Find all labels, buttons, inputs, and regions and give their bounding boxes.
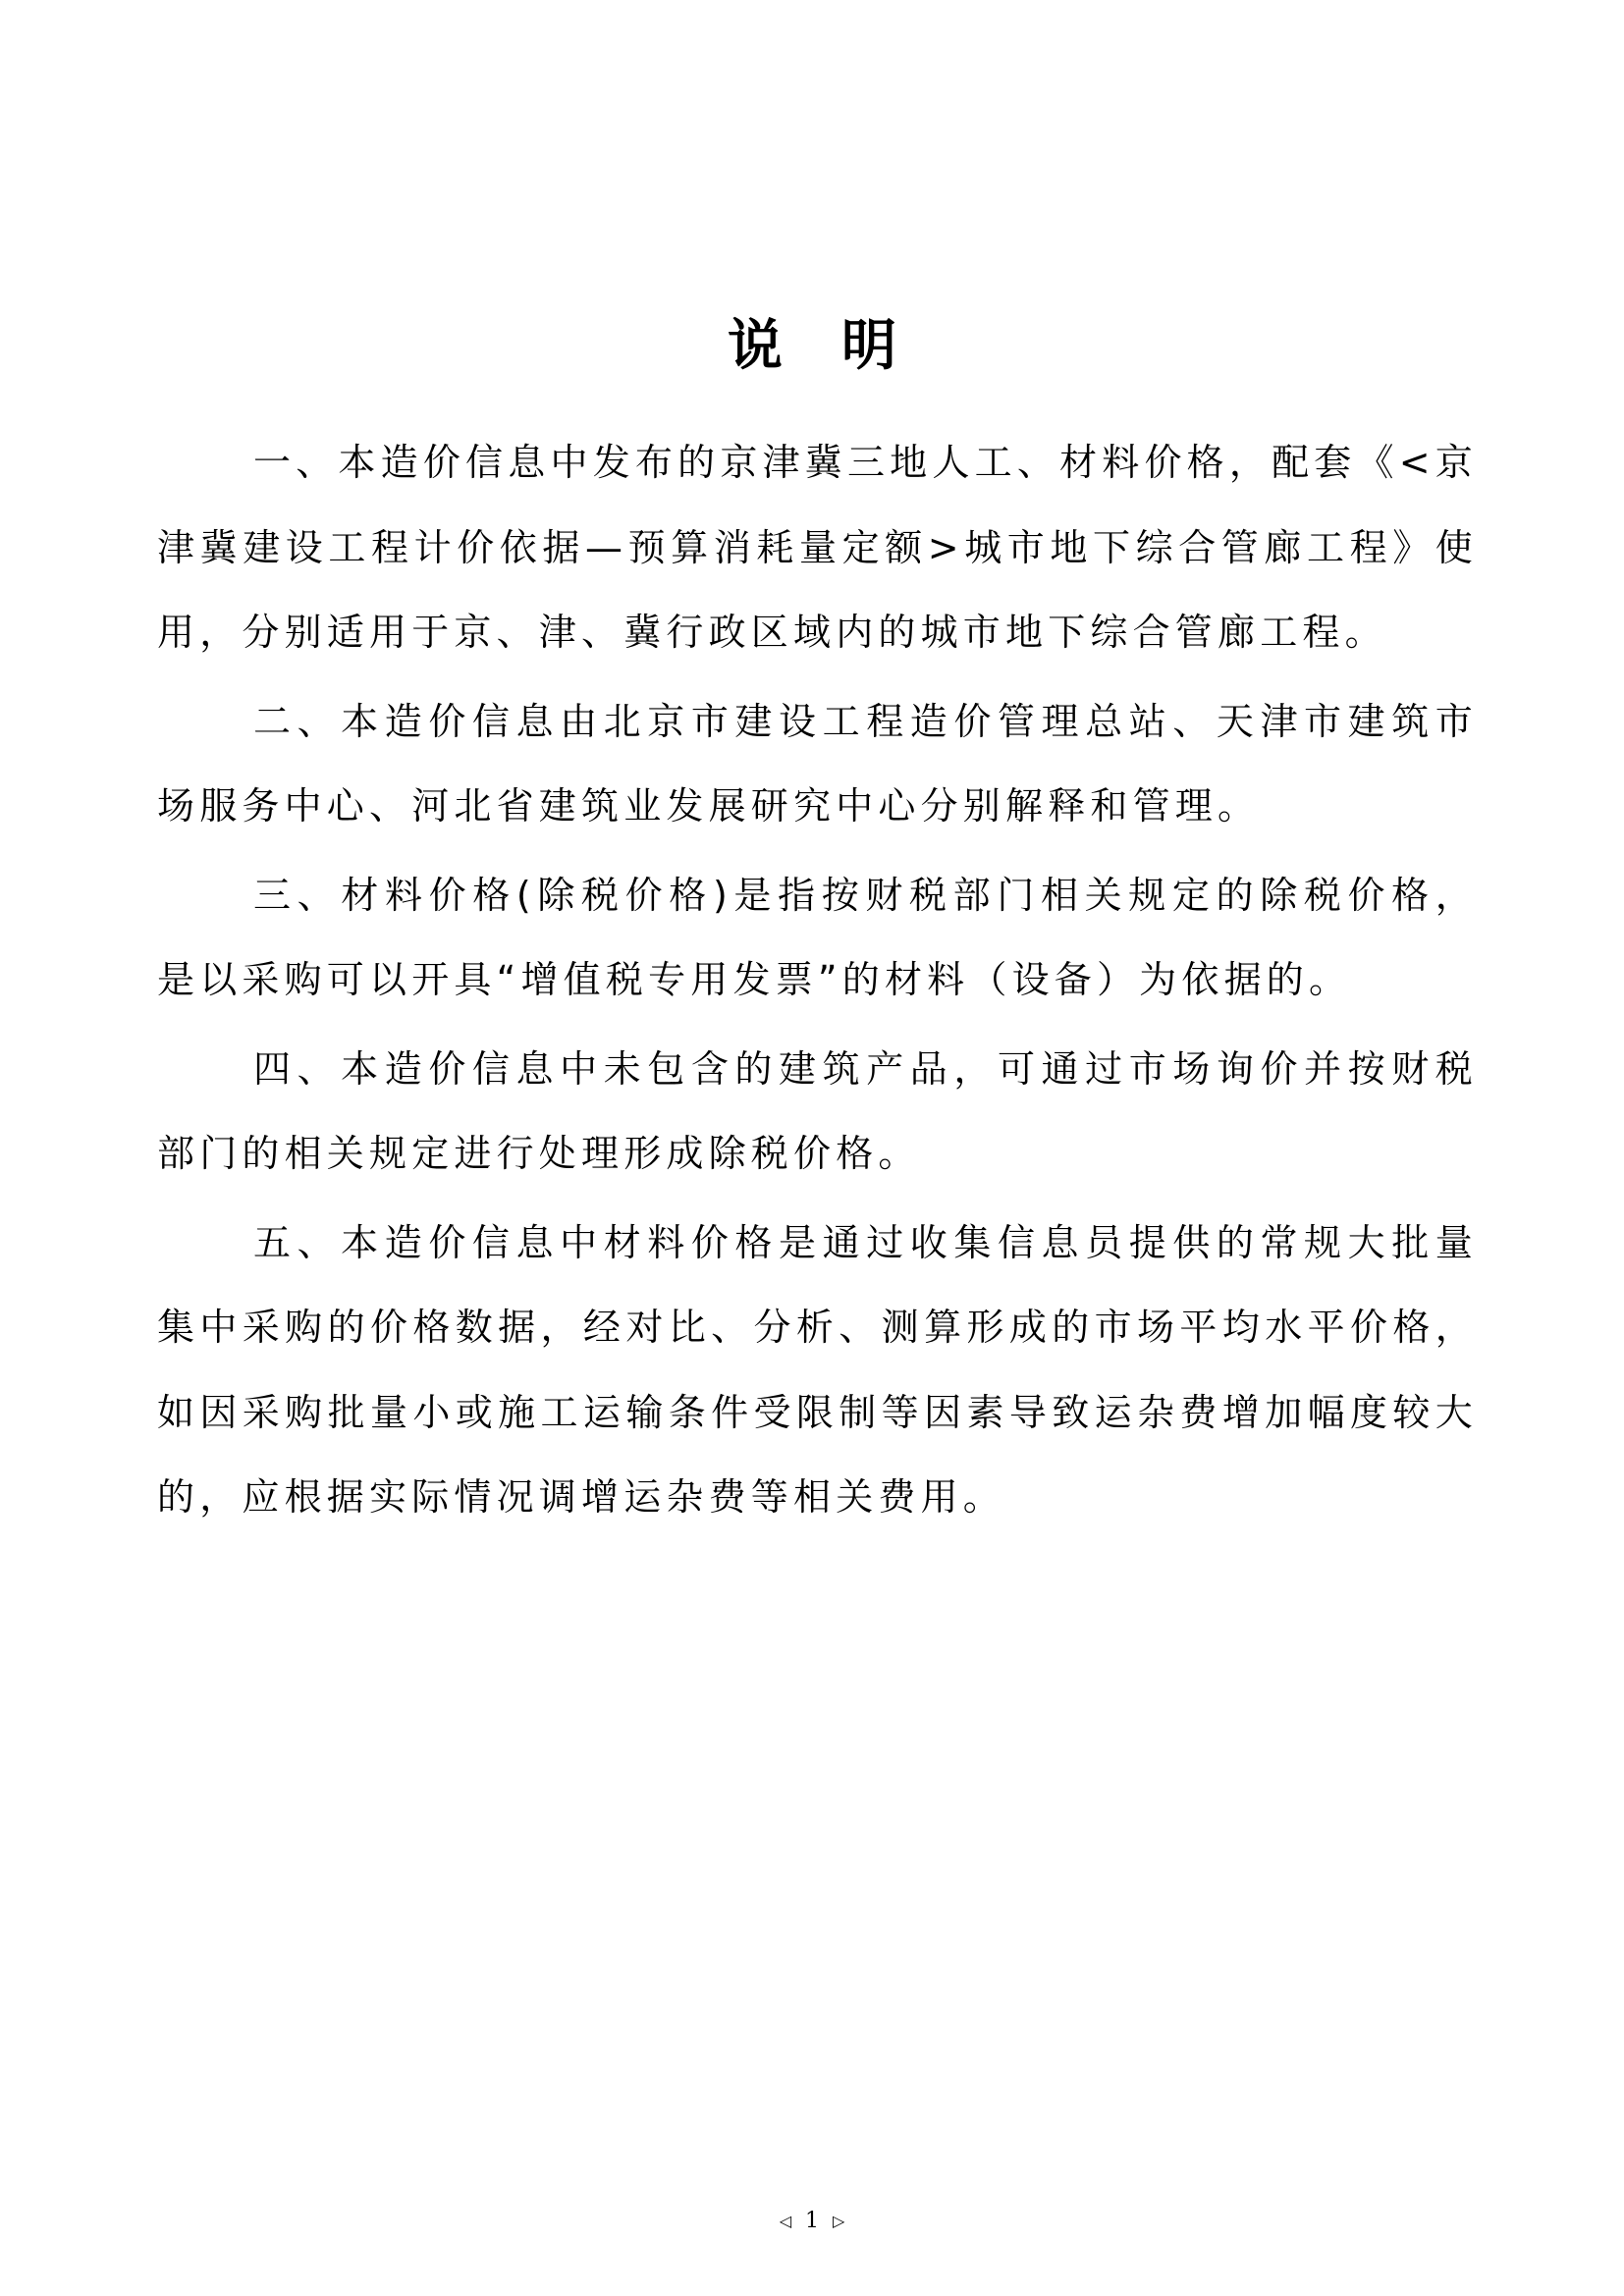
right-triangle-icon: ▷ bbox=[833, 2207, 844, 2236]
document-body: 一、本造价信息中发布的京津冀三地人工、材料价格，配套《<京津冀建设工程计价依据—… bbox=[157, 420, 1478, 1540]
left-triangle-icon: ◁ bbox=[780, 2207, 791, 2236]
page-title: 说明 bbox=[0, 312, 1624, 381]
paragraph-2: 二、本造价信息由北京市建设工程造价管理总站、天津市建筑市场服务中心、河北省建筑业… bbox=[157, 679, 1478, 849]
page-number: 1 bbox=[805, 2207, 819, 2236]
paragraph-5: 五、本造价信息中材料价格是通过收集信息员提供的常规大批量集中采购的价格数据，经对… bbox=[157, 1201, 1478, 1540]
document-page: 说明 一、本造价信息中发布的京津冀三地人工、材料价格，配套《<京津冀建设工程计价… bbox=[0, 0, 1624, 2296]
paragraph-3: 三、材料价格(除税价格)是指按财税部门相关规定的除税价格，是以采购可以开具“增值… bbox=[157, 853, 1478, 1023]
paragraph-4: 四、本造价信息中未包含的建筑产品，可通过市场询价并按财税部门的相关规定进行处理形… bbox=[157, 1027, 1478, 1197]
page-footer: ◁1▷ bbox=[0, 2207, 1624, 2236]
paragraph-1: 一、本造价信息中发布的京津冀三地人工、材料价格，配套《<京津冀建设工程计价依据—… bbox=[157, 420, 1478, 675]
